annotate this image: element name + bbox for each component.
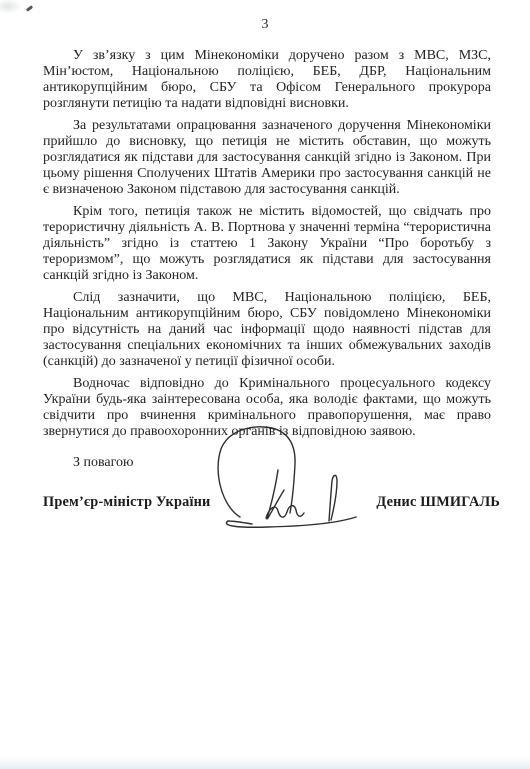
page-number: 3 (0, 0, 530, 33)
scan-shadow-bottom (0, 757, 530, 769)
signatory-title: Прем’єр-міністр України (43, 494, 211, 511)
body-paragraph-2: За результатами опрацювання зазначеного … (43, 118, 491, 198)
closing-salutation: З повагою (43, 455, 491, 471)
body-paragraph-1: У зв’язку з цим Мінекономіки доручено ра… (43, 48, 491, 112)
body-paragraph-3: Крім того, петиція також не містить відо… (43, 204, 491, 284)
letter-body: У зв’язку з цим Мінекономіки доручено ра… (43, 48, 491, 471)
body-paragraph-5: Водночас відповідно до Кримінального про… (43, 376, 491, 440)
scan-artifact-smudge (0, 0, 22, 14)
signatory-name: Денис ШМИГАЛЬ (376, 494, 500, 511)
body-paragraph-4: Слід зазначити, що МВС, Національною пол… (43, 290, 491, 370)
document-page: 3 У зв’язку з цим Мінекономіки доручено … (0, 0, 530, 769)
signature-row: Прем’єр-міністр України Денис ШМИГАЛЬ (43, 494, 500, 511)
